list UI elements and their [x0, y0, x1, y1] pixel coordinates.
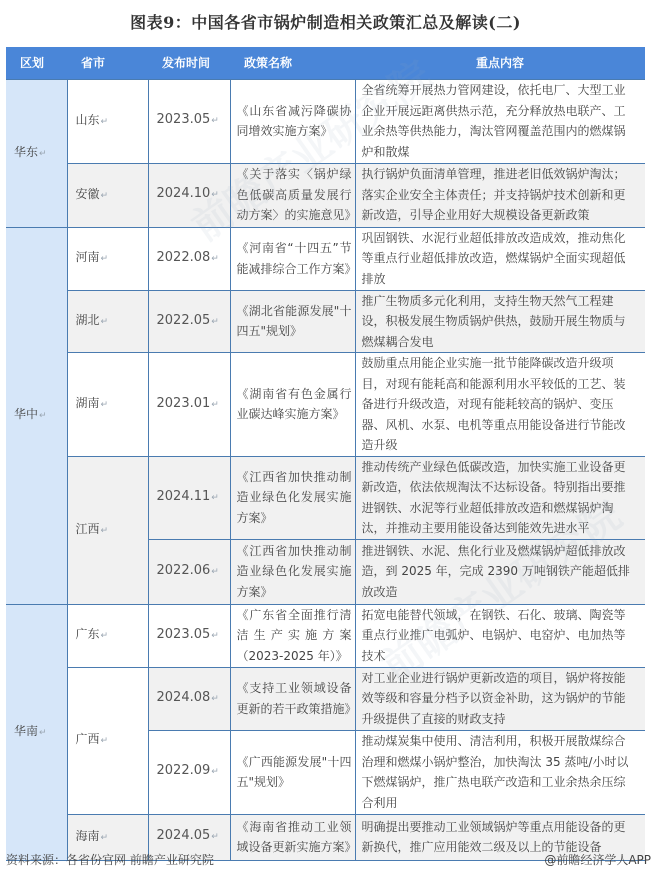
paragraph-mark-icon: ↵ [211, 767, 219, 777]
province-label: 河南 [76, 250, 100, 264]
content-cell: 对工业企业进行锅炉更新改造的项目，锅炉将按能效等级和容量分档予以资金补助，这为锅… [355, 667, 645, 730]
policy-name-cell: 《山东省减污降碳协同增效实施方案》 [230, 79, 355, 163]
date-label: 2023.05 [157, 627, 211, 642]
paragraph-mark-icon: ↵ [39, 728, 47, 738]
policy-name-cell: 《河南省“十四五”节能减排综合工作方案》 [230, 227, 355, 290]
content-cell: 推动传统产业绿色低碳改造，加快实施工业设备更新改造，依法依规淘汰不达标设备。特别… [355, 456, 645, 539]
policy-name-cell: 《江西省加快推动制造业绿色化发展实施方案》 [230, 456, 355, 539]
date-cell: 2022.08↵ [148, 227, 230, 290]
paragraph-mark-icon: ↵ [211, 832, 219, 842]
policy-name-cell: 《广西能源发展"十四五"规划》 [230, 730, 355, 814]
paragraph-mark-icon: ↵ [101, 736, 109, 746]
paragraph-mark-icon: ↵ [101, 631, 109, 641]
region-label: 华南 [14, 724, 38, 738]
date-label: 2022.08 [157, 250, 211, 265]
date-cell: 2023.05↵ [148, 79, 230, 163]
table-row: 湖南↵ 2023.01↵ 《湖南省有色金属行业碳达峰实施方案》 鼓励重点用能企业… [6, 353, 645, 457]
province-cell: 山东↵ [67, 79, 148, 163]
paragraph-mark-icon: ↵ [101, 833, 109, 843]
date-label: 2024.11 [157, 489, 211, 504]
paragraph-mark-icon: ↵ [211, 694, 219, 704]
paragraph-mark-icon: ↵ [101, 254, 109, 264]
header-policy-name: 政策名称 [230, 47, 355, 79]
paragraph-mark-icon: ↵ [101, 400, 109, 410]
paragraph-mark-icon: ↵ [101, 526, 109, 536]
date-cell: 2023.01↵ [148, 353, 230, 457]
paragraph-mark-icon: ↵ [211, 190, 219, 200]
paragraph-mark-icon: ↵ [211, 254, 219, 264]
province-label: 安徽 [76, 187, 100, 201]
policy-name-cell: 《湖北省能源发展"十四五"规划》 [230, 290, 355, 353]
date-label: 2023.05 [157, 112, 211, 127]
header-date: 发布时间 [148, 47, 230, 79]
date-label: 2024.08 [157, 690, 211, 705]
date-cell: 2024.08↵ [148, 667, 230, 730]
header-region: 区划 [6, 47, 67, 79]
province-label: 湖南 [76, 396, 100, 410]
province-label: 广东 [76, 627, 100, 641]
province-cell: 湖北↵ [67, 290, 148, 353]
province-label: 广西 [76, 732, 100, 746]
header-key-content: 重点内容 [355, 47, 645, 79]
policy-table: 区划 省市 发布时间 政策名称 重点内容 华东↵ 山东↵ 2023.05↵ 《山… [6, 47, 645, 861]
table-row: 华东↵ 山东↵ 2023.05↵ 《山东省减污降碳协同增效实施方案》 全省统筹开… [6, 79, 645, 163]
date-cell: 2023.05↵ [148, 604, 230, 667]
date-label: 2023.01 [157, 396, 211, 411]
region-cell: 华中↵ [6, 227, 67, 604]
date-label: 2024.05 [157, 828, 211, 843]
policy-name-cell: 《湖南省有色金属行业碳达峰实施方案》 [230, 353, 355, 457]
policy-name-cell: 《支持工业领域设备更新的若干政策措施》 [230, 667, 355, 730]
date-label: 2024.10 [157, 186, 211, 201]
province-cell: 广西↵ [67, 667, 148, 814]
header-province: 省市 [67, 47, 148, 79]
paragraph-mark-icon: ↵ [211, 116, 219, 126]
province-cell: 安徽↵ [67, 163, 148, 227]
content-cell: 全省统筹开展热力管网建设，依托电厂、大型工业企业开展远距离供热示范，充分释放热电… [355, 79, 645, 163]
policy-name-cell: 《关于落实〈锅炉绿色低碳高质量发展行动方案〉的实施意见》 [230, 163, 355, 227]
table-row: 江西↵ 2024.11↵ 《江西省加快推动制造业绿色化发展实施方案》 推动传统产… [6, 456, 645, 539]
date-cell: 2024.10↵ [148, 163, 230, 227]
province-cell: 河南↵ [67, 227, 148, 290]
policy-name-cell: 《江西省加快推动制造业绿色化发展实施方案》 [230, 539, 355, 604]
province-label: 湖北 [76, 313, 100, 327]
policy-name-cell: 《海南省推动工业领域设备更新实施方案》 [230, 814, 355, 860]
province-cell: 江西↵ [67, 456, 148, 604]
paragraph-mark-icon: ↵ [101, 191, 109, 201]
content-cell: 鼓励重点用能企业实施一批节能降碳改造升级项目，对现有能耗高和能源利用水平较低的工… [355, 353, 645, 457]
region-label: 华东 [14, 145, 38, 159]
province-label: 山东 [76, 113, 100, 127]
province-label: 海南 [76, 829, 100, 843]
paragraph-mark-icon: ↵ [101, 317, 109, 327]
province-label: 江西 [76, 522, 100, 536]
content-cell: 巩固钢铁、水泥行业超低排放改造成效，推动焦化等重点行业超低排放改造，燃煤锅炉全面… [355, 227, 645, 290]
paragraph-mark-icon: ↵ [211, 631, 219, 641]
content-cell: 执行锅炉负面清单管理，推进老旧低效锅炉淘汰；落实企业安全主体责任；并支持锅炉技术… [355, 163, 645, 227]
table-row: 安徽↵ 2024.10↵ 《关于落实〈锅炉绿色低碳高质量发展行动方案〉的实施意见… [6, 163, 645, 227]
paragraph-mark-icon: ↵ [211, 493, 219, 503]
table-row: 广西↵ 2024.08↵ 《支持工业领域设备更新的若干政策措施》 对工业企业进行… [6, 667, 645, 730]
date-cell: 2022.09↵ [148, 730, 230, 814]
content-cell: 推进钢铁、水泥、焦化行业及燃煤锅炉超低排放改造，到 2025 年，完成 2390… [355, 539, 645, 604]
chart-title: 图表9：中国各省市锅炉制造相关政策汇总及解读(二) [0, 10, 651, 33]
date-cell: 2022.05↵ [148, 290, 230, 353]
content-cell: 推动煤炭集中使用、清洁利用，积极开展散煤综合治理和燃煤小锅炉整治，加快淘汰 35… [355, 730, 645, 814]
table-header-row: 区划 省市 发布时间 政策名称 重点内容 [6, 47, 645, 79]
paragraph-mark-icon: ↵ [211, 567, 219, 577]
date-label: 2022.05 [157, 313, 211, 328]
table-row: 华中↵ 河南↵ 2022.08↵ 《河南省“十四五”节能减排综合工作方案》 巩固… [6, 227, 645, 290]
paragraph-mark-icon: ↵ [211, 400, 219, 410]
region-cell: 华南↵ [6, 604, 67, 860]
region-label: 华中 [14, 407, 38, 421]
region-cell: 华东↵ [6, 79, 67, 227]
paragraph-mark-icon: ↵ [39, 411, 47, 421]
paragraph-mark-icon: ↵ [39, 149, 47, 159]
date-cell: 2022.06↵ [148, 539, 230, 604]
province-cell: 湖南↵ [67, 353, 148, 457]
content-cell: 拓宽电能替代领域，在钢铁、石化、玻璃、陶瓷等重点行业推广电弧炉、电锅炉、电窑炉、… [355, 604, 645, 667]
source-note: 资料来源：各省份官网 前瞻产业研究院 [6, 851, 214, 868]
date-label: 2022.09 [157, 763, 211, 778]
date-label: 2022.06 [157, 563, 211, 578]
table-row: 华南↵ 广东↵ 2023.05↵ 《广东省全面推行清洁生产实施方案（2023-2… [6, 604, 645, 667]
province-cell: 广东↵ [67, 604, 148, 667]
table-row: 湖北↵ 2022.05↵ 《湖北省能源发展"十四五"规划》 推广生物质多元化利用… [6, 290, 645, 353]
paragraph-mark-icon: ↵ [101, 117, 109, 127]
policy-name-cell: 《广东省全面推行清洁生产实施方案（2023-2025 年）》 [230, 604, 355, 667]
content-cell: 推广生物质多元化利用，支持生物天然气工程建设，积极发展生物质锅炉供热，鼓励开展生… [355, 290, 645, 353]
date-cell: 2024.11↵ [148, 456, 230, 539]
paragraph-mark-icon: ↵ [211, 317, 219, 327]
credit-note: @前瞻经济学人APP [544, 851, 651, 868]
